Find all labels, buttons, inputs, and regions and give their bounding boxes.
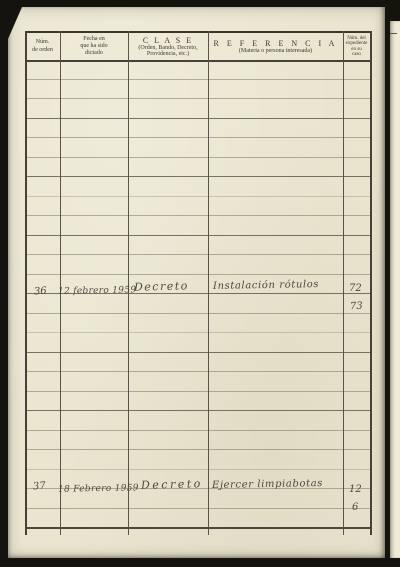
entry-num-orden: 37 — [33, 480, 47, 492]
table-row — [25, 236, 372, 256]
column-header-clase: C L A S E (Orden, Bando, Decreto, Provid… — [128, 33, 208, 60]
entry-expediente: 6 — [352, 502, 358, 513]
table-row — [25, 138, 372, 158]
table-row — [25, 216, 372, 236]
column-header-referencia: R E F E R E N C I A (Materia o persona i… — [208, 33, 343, 60]
entry-expediente: 12 — [349, 484, 362, 495]
table-row — [25, 60, 372, 80]
table-left-border — [25, 31, 27, 535]
header-title: R E F E R E N C I A — [214, 39, 338, 48]
table-row — [25, 353, 372, 373]
entry-clase: Decreto — [141, 477, 203, 492]
column-rule — [60, 31, 61, 535]
column-rule — [128, 31, 129, 535]
table-row — [25, 411, 372, 431]
table-row — [25, 450, 372, 470]
next-page-rule — [390, 33, 397, 34]
entry-fecha: 18 Febrero 1959 — [58, 483, 139, 494]
table-right-border — [370, 31, 372, 535]
table-row — [25, 372, 372, 392]
ledger-page: Núm. de orden Fecha en que ha sido dicta… — [8, 7, 385, 558]
header-line: Núm. — [36, 39, 50, 47]
table-row — [25, 431, 372, 451]
table-row — [25, 333, 372, 353]
entry-expediente: 72 — [349, 283, 362, 294]
header-line: de orden — [32, 47, 53, 55]
header-line: Fecha en — [83, 36, 105, 43]
column-header-fecha: Fecha en que ha sido dictado — [60, 33, 128, 60]
table-row — [25, 314, 372, 334]
header-line: dictado — [85, 50, 103, 57]
entry-num-orden: 36 — [34, 286, 47, 298]
entry-clase: Decreto — [134, 279, 189, 293]
header-subtitle: (Materia o persona interesada) — [239, 48, 312, 55]
table-row — [25, 509, 372, 528]
table-row — [25, 294, 372, 314]
registry-table: Núm. de orden Fecha en que ha sido dicta… — [25, 31, 372, 535]
header-line: caso — [352, 52, 361, 58]
table-row — [25, 392, 372, 412]
table-row — [25, 158, 372, 178]
column-rule — [343, 31, 344, 535]
table-row — [25, 177, 372, 197]
table-row — [25, 80, 372, 100]
header-subtitle: Providencia, etc.) — [147, 51, 189, 58]
table-row — [25, 99, 372, 119]
table-row — [25, 255, 372, 275]
header-line: que ha sido — [80, 43, 107, 50]
table-bottom-border — [25, 527, 372, 529]
entry-fecha: 12 febrero 1959 — [58, 285, 137, 296]
next-page-edge — [390, 21, 400, 558]
header-title: C L A S E — [143, 36, 193, 45]
entry-expediente: 73 — [350, 301, 363, 313]
table-row — [25, 119, 372, 139]
entry-referencia: Instalación rótulos — [213, 279, 319, 292]
table-row — [25, 197, 372, 217]
entry-referencia: Ejercer limpiabotas — [212, 478, 323, 491]
column-header-num-expediente: Núm. del expediente en su caso — [343, 33, 370, 60]
column-header-num-orden: Núm. de orden — [25, 33, 60, 60]
column-rule — [208, 31, 209, 535]
